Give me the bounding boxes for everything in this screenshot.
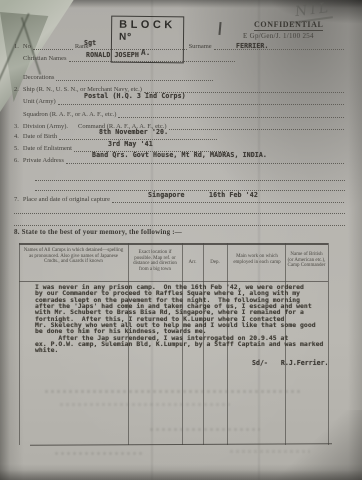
table-border-left (19, 243, 20, 445)
decorations-label: Decorations (22, 74, 55, 81)
signature-prefix: Sd/- (252, 359, 268, 367)
dotted-leader (69, 59, 235, 62)
christian-names-label: Christian Names (22, 55, 68, 62)
dotted-leader (66, 161, 344, 164)
date-of-birth-label: Date of Birth (22, 133, 58, 140)
scan-shadow-bottom (0, 470, 362, 480)
statement-line: ex. P.O.W. camp, Sulemian Bld, K.Lumpur,… (35, 341, 340, 347)
field-number: 1. (14, 43, 19, 50)
field-number: 6. (14, 157, 19, 164)
dotted-continuation-line (14, 211, 345, 214)
field-number: 7. (14, 196, 19, 203)
dotted-continuation-line (35, 178, 345, 181)
surname-value: FERRIER. (236, 42, 269, 50)
field-number: 4. (14, 133, 19, 140)
unit-value: Postal (H.Q. 3 Ind Corps) (84, 92, 186, 100)
dotted-leader (56, 78, 213, 81)
dotted-leader (169, 127, 344, 130)
private-address-label: Private Address (22, 157, 65, 164)
table-header-camp-commander: Name of British (or American etc.), Camp… (287, 252, 326, 269)
paper-crease (258, 0, 260, 480)
bleed-through-smudge (230, 450, 310, 453)
dotted-leader (214, 47, 344, 50)
dotted-leader (91, 47, 187, 50)
dotted-continuation-line (14, 223, 345, 226)
squadron-label: Squadron (R. A. F., or A. A. F., etc.) (22, 111, 117, 118)
field-number: 3. (14, 123, 19, 130)
table-top-rule (19, 243, 328, 245)
pen-mark (218, 22, 221, 35)
dotted-leader (112, 200, 344, 203)
field-row-squadron: Squadron (R. A. F., or A. A. F., etc.) (22, 109, 345, 118)
capture-label: Place and date of original capture (22, 196, 111, 203)
signature-row: Sd/- R.J.Ferrier. (252, 359, 329, 367)
memory-instruction: 8. State to the best of your memory, the… (14, 228, 182, 236)
enlistment-label: Date of Enlistment (22, 145, 73, 152)
reference-number: E Gp/Gen/J. 1/100 254 (243, 32, 314, 40)
enlistment-value: 3rd May '41 (108, 140, 153, 148)
christian-names-value: RONALD JOSEPH (86, 51, 139, 59)
field-row-decorations: Decorations (22, 72, 214, 81)
field-row-division-command: 3. Division (Army). Command (R. A. F., A… (14, 121, 345, 130)
table-header-arrived: Arr. (183, 260, 202, 266)
signature-name: R.J.Ferrier. (281, 359, 329, 367)
statement-line: white. (35, 347, 340, 353)
stamp-word-block: BLOCK (119, 19, 176, 32)
table-header-main-work: Main work on which employed in each camp (231, 254, 283, 265)
dotted-leader (33, 47, 73, 50)
bleed-through-smudge (45, 390, 300, 393)
bleed-through-smudge (55, 452, 145, 455)
bleed-through-smudge (150, 428, 260, 431)
unit-label: Unit (Army) (22, 98, 57, 105)
field-number: 5. (14, 145, 19, 152)
statement-text: I was never in any prison camp. On the 1… (35, 284, 340, 354)
surname-label: Surname (188, 43, 213, 50)
table-header-location: Exact location if possible. Map ref. or … (131, 250, 179, 272)
private-address-value: Band Qrs. Govt House, Mt Rd, MADRAS, IND… (92, 151, 267, 159)
field-number: 2. (14, 86, 19, 93)
field-row-no-rank-surname: 1. No Rank Surname (14, 41, 345, 50)
field-number: 8. (14, 228, 20, 236)
table-header-camps: Names of All Camps in which detained—spe… (23, 248, 124, 265)
confidential-label: CONFIDENTIAL (254, 20, 323, 31)
table-header-departed: Dep. (204, 260, 226, 266)
memory-label: State to the best of your memory, the fo… (22, 228, 182, 236)
dotted-leader (118, 115, 344, 118)
date-of-birth-value: 8th November '20. (99, 128, 168, 136)
rank-value: Sgt (84, 39, 96, 47)
table-header-separator (19, 281, 328, 282)
scanned-pow-questionnaire-page: NIL CONFIDENTIAL E Gp/Gen/J. 1/100 254 B… (0, 0, 362, 480)
no-label: No (22, 43, 32, 50)
bleed-through-smudge (60, 403, 230, 406)
division-label: Division (Army). (22, 123, 69, 130)
capture-value: Singapore 16th Feb '42 (148, 191, 258, 199)
dotted-leader (58, 102, 344, 105)
